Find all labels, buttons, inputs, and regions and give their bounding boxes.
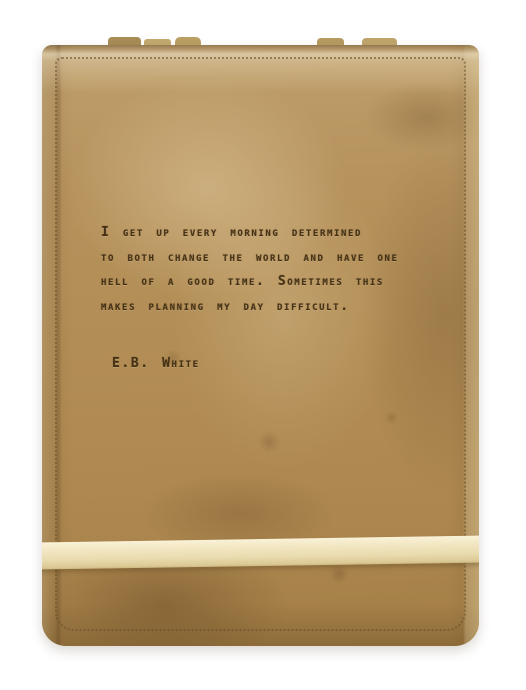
product-photo: I get up every morning determined to bot… <box>0 0 526 690</box>
journal-cover: I get up every morning determined to bot… <box>42 45 479 646</box>
quote-author: E.B. White <box>112 352 399 377</box>
embossed-quote: I get up every morning determined to bot… <box>101 221 399 377</box>
quote-line: hell of a good time. Sometimes this <box>101 270 399 295</box>
quote-line: I get up every morning determined <box>101 221 399 246</box>
quote-line: to both change the world and have one <box>101 246 399 271</box>
quote-line: makes planning my day difficult. <box>101 295 399 320</box>
